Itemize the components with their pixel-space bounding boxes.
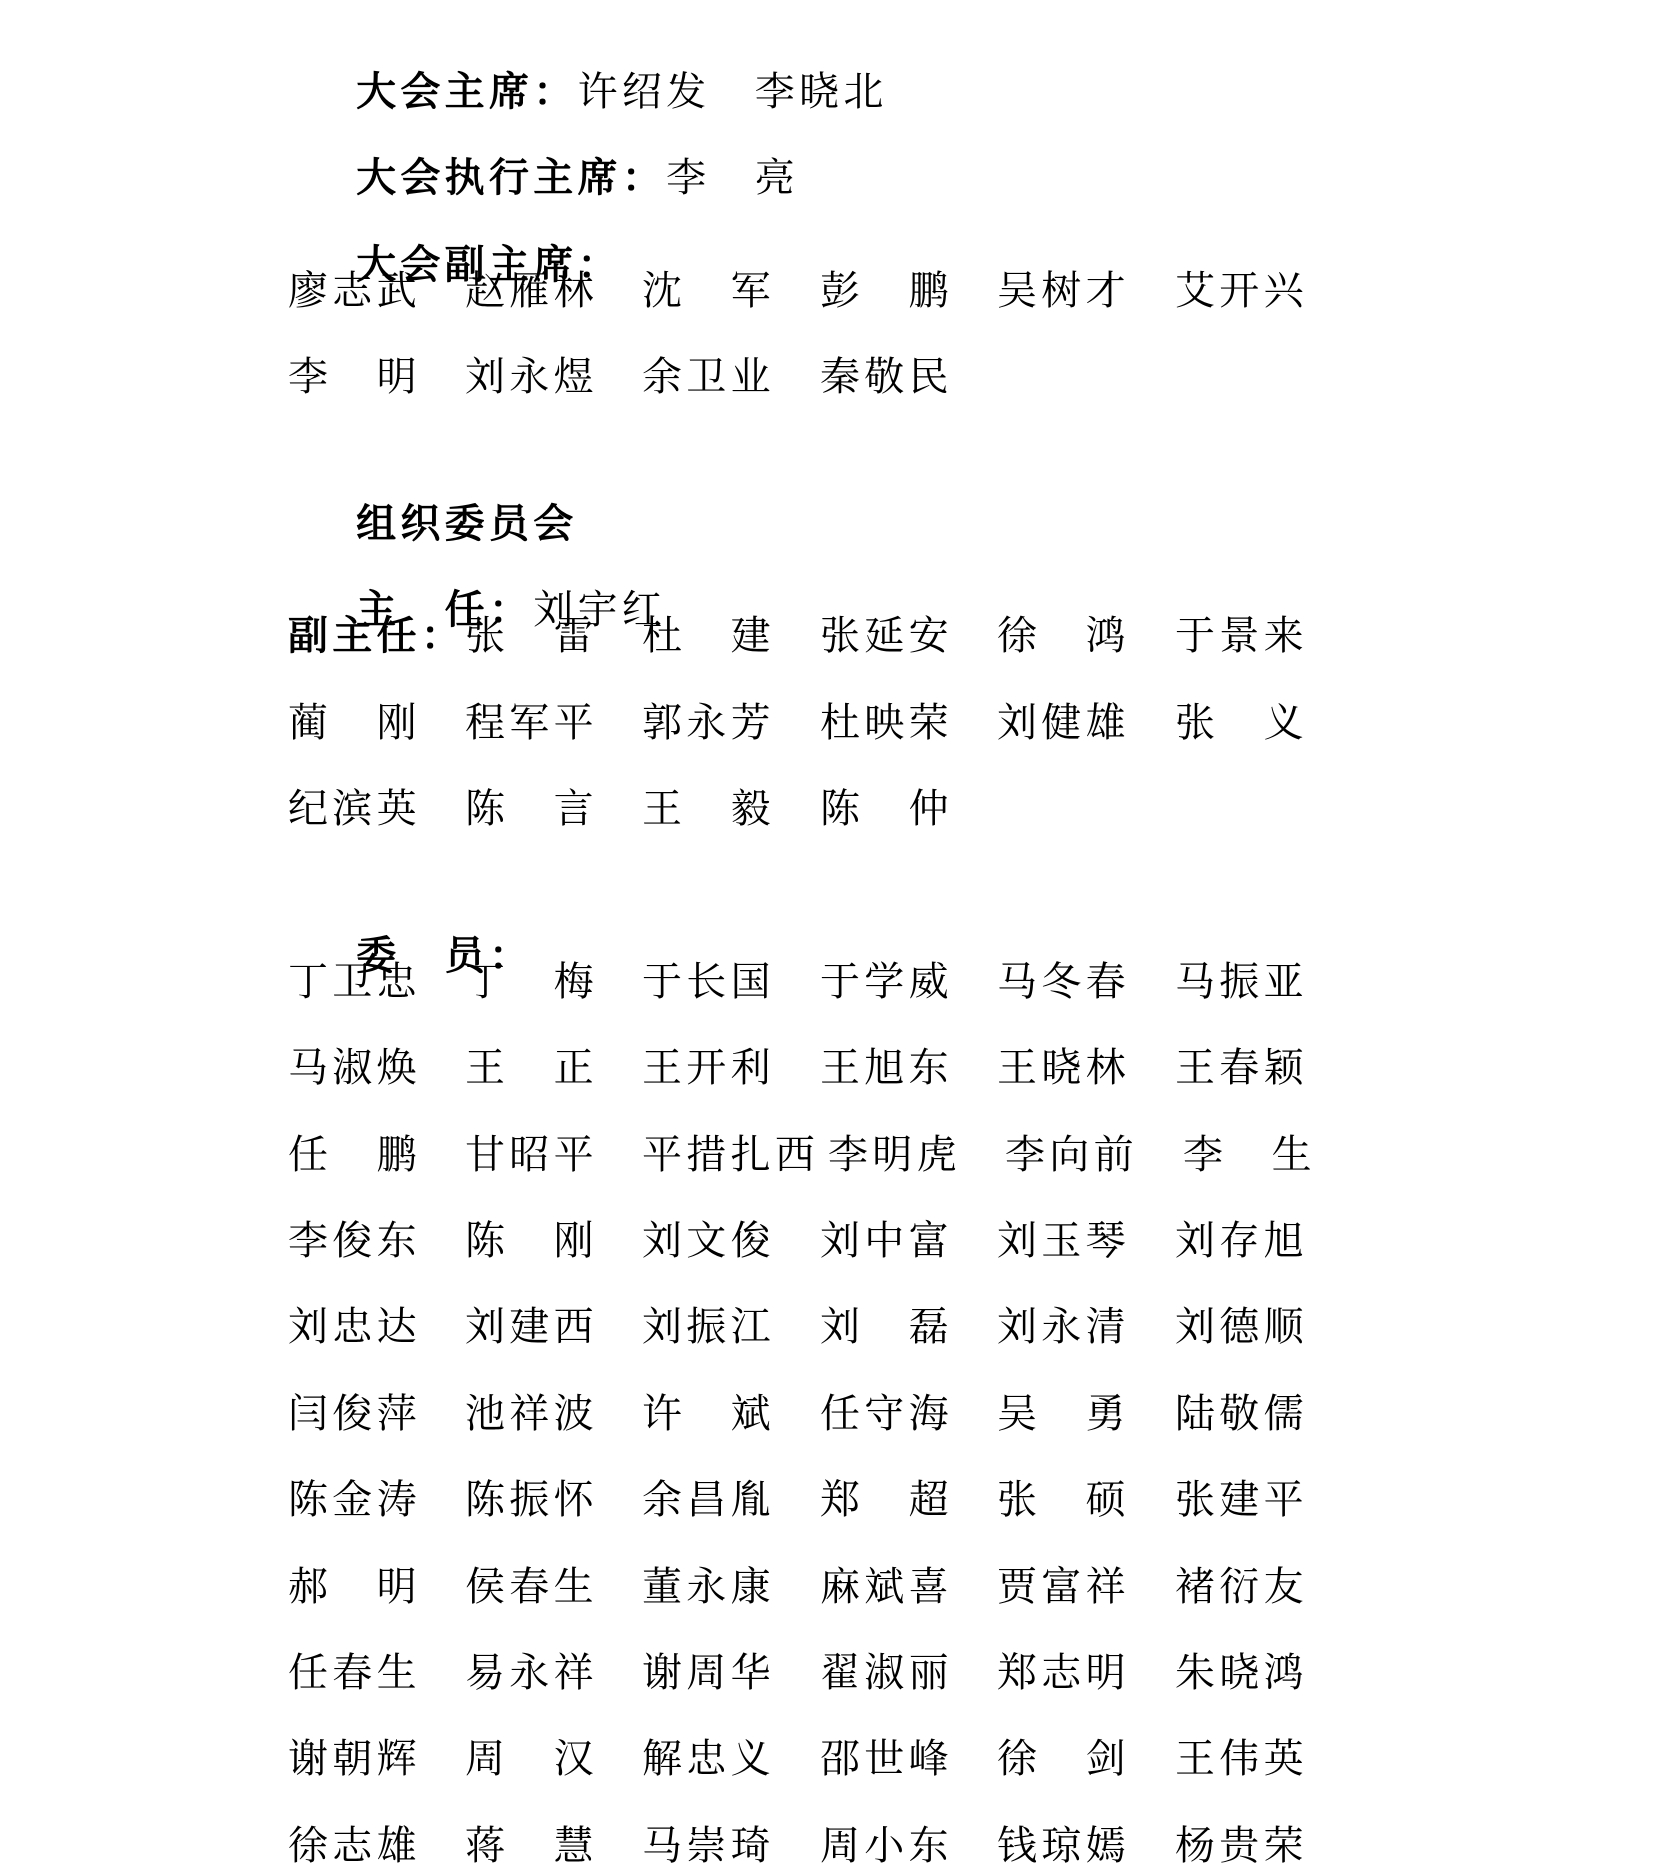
members-row: 陈金涛 陈振怀 余昌胤 郑 超 张 硕 张建平	[288, 1470, 356, 1530]
conference-chair-line: 大会主席：许绍发 李晓北	[288, 2, 888, 62]
name-entry: 王春颖	[1175, 1038, 1308, 1098]
name-entry: 侯春生	[465, 1557, 598, 1617]
name-entry: 解忠义	[642, 1729, 775, 1789]
name-entry: 许 斌	[642, 1384, 775, 1444]
name-entry: 刘中富	[820, 1211, 953, 1271]
name-entry: 任守海	[820, 1384, 953, 1444]
name-entry: 李 明	[288, 347, 421, 407]
name-entry: 刘玉琴	[997, 1211, 1130, 1271]
name-entry: 任春生	[288, 1643, 421, 1703]
members-row: 任 鹏 甘昭平 平措扎西 李明虎 李向前 李 生	[288, 1125, 356, 1185]
name-entry: 程军平	[465, 693, 598, 753]
name-entry: 麻斌喜	[820, 1557, 953, 1617]
name-entry: 马冬春	[997, 952, 1130, 1012]
name-entry: 徐 剑	[997, 1729, 1130, 1789]
name-entry: 平措扎西	[642, 1125, 819, 1185]
name-entry: 张 硕	[997, 1470, 1130, 1530]
name-entry: 纪滨英	[288, 779, 421, 839]
name-entry: 谢周华	[642, 1643, 775, 1703]
name-entry: 王 毅	[642, 779, 775, 839]
name-entry: 张建平	[1175, 1470, 1308, 1530]
name-entry: 任 鹏	[288, 1125, 421, 1185]
name-entry: 邵世峰	[820, 1729, 953, 1789]
name-entry: 余昌胤	[642, 1470, 775, 1530]
name-entry: 郑 超	[820, 1470, 953, 1530]
name-entry: 于学威	[820, 952, 953, 1012]
vice-chairs-heading: 大会副主席：	[288, 175, 622, 235]
name-entry: 刘振江	[642, 1297, 775, 1357]
name-entry: 郝 明	[288, 1557, 421, 1617]
name-entry: 李向前	[1005, 1125, 1138, 1185]
organizing-committee-title: 组织委员会	[288, 434, 578, 494]
name-entry: 马崇琦	[642, 1816, 775, 1876]
name-entry: 丁 梅	[465, 952, 598, 1012]
members-heading: 委 员：	[288, 866, 533, 926]
name-entry: 张 雷	[465, 606, 598, 666]
name-entry: 贾富祥	[997, 1557, 1130, 1617]
name-entry: 朱晓鸿	[1175, 1643, 1308, 1703]
name-entry: 杜 建	[642, 606, 775, 666]
name-entry: 蔺 刚	[288, 693, 421, 753]
name-entry: 王伟英	[1175, 1729, 1308, 1789]
members-row: 闫俊萍 池祥波 许 斌 任守海 吴 勇 陆敬儒	[288, 1384, 356, 1444]
vice-chairs-row: 廖志武 赵雁林 沈 军 彭 鹏 吴树才 艾开兴	[288, 261, 356, 321]
deputy-directors-label: 副主任：	[288, 606, 465, 666]
name-entry: 翟淑丽	[820, 1643, 953, 1703]
name-entry: 艾开兴	[1175, 261, 1308, 321]
name-entry: 马振亚	[1175, 952, 1308, 1012]
deputy-directors-line: 副主任： 张 雷 杜 建 张延安 徐 鸿 于景来	[288, 606, 356, 666]
deputy-directors-row: 纪滨英 陈 言 王 毅 陈 仲	[288, 779, 356, 839]
name-entry: 陈振怀	[465, 1470, 598, 1530]
name-entry: 李明虎	[828, 1125, 961, 1185]
name-entry: 陈 仲	[820, 779, 953, 839]
name-entry: 闫俊萍	[288, 1384, 421, 1444]
vice-chairs-row: 李 明 刘永煜 余卫业 秦敬民	[288, 347, 356, 407]
name-entry: 陈 刚	[465, 1211, 598, 1271]
name-entry: 张 义	[1175, 693, 1308, 753]
members-row: 刘忠达 刘建西 刘振江 刘 磊 刘永清 刘德顺	[288, 1297, 356, 1357]
name-entry: 陆敬儒	[1175, 1384, 1308, 1444]
name-entry: 陈 言	[465, 779, 598, 839]
deputy-directors-row: 蔺 刚 程军平 郭永芳 杜映荣 刘健雄 张 义	[288, 693, 356, 753]
executive-chair-names: 李 亮	[666, 155, 799, 201]
name-entry: 王开利	[642, 1038, 775, 1098]
name-entry: 谢朝辉	[288, 1729, 421, 1789]
members-row: 徐志雄 蒋 慧 马崇琦 周小东 钱琼嫣 杨贵荣	[288, 1816, 356, 1876]
name-entry: 蒋 慧	[465, 1816, 598, 1876]
name-entry: 秦敬民	[820, 347, 953, 407]
name-entry: 吴 勇	[997, 1384, 1130, 1444]
members-row: 郝 明 侯春生 董永康 麻斌喜 贾富祥 褚衍友	[288, 1557, 356, 1617]
name-entry: 刘永煜	[465, 347, 598, 407]
name-entry: 周 汉	[465, 1729, 598, 1789]
name-entry: 刘德顺	[1175, 1297, 1308, 1357]
members-row: 马淑焕 王 正 王开利 王旭东 王晓林 王春颖	[288, 1038, 356, 1098]
members-row: 李俊东 陈 刚 刘文俊 刘中富 刘玉琴 刘存旭	[288, 1211, 356, 1271]
name-entry: 陈金涛	[288, 1470, 421, 1530]
executive-chair-line: 大会执行主席：李 亮	[288, 88, 799, 148]
members-row: 谢朝辉 周 汉 解忠义 邵世峰 徐 剑 王伟英	[288, 1729, 356, 1789]
name-entry: 刘忠达	[288, 1297, 421, 1357]
name-entry: 钱琼嫣	[997, 1816, 1130, 1876]
name-entry: 王旭东	[820, 1038, 953, 1098]
name-entry: 池祥波	[465, 1384, 598, 1444]
members-row: 任春生 易永祥 谢周华 翟淑丽 郑志明 朱晓鸿	[288, 1643, 356, 1703]
name-entry: 吴树才	[997, 261, 1130, 321]
name-entry: 褚衍友	[1175, 1557, 1308, 1617]
name-entry: 刘健雄	[997, 693, 1130, 753]
name-entry: 廖志武	[288, 261, 421, 321]
name-entry: 于长国	[642, 952, 775, 1012]
name-entry: 董永康	[642, 1557, 775, 1617]
name-entry: 王晓林	[997, 1038, 1130, 1098]
name-entry: 王 正	[465, 1038, 598, 1098]
name-entry: 周小东	[820, 1816, 953, 1876]
name-entry: 徐志雄	[288, 1816, 421, 1876]
name-entry: 张延安	[820, 606, 953, 666]
name-entry: 于景来	[1175, 606, 1308, 666]
director-line: 主 任：刘宇红	[288, 520, 666, 580]
name-entry: 刘 磊	[820, 1297, 953, 1357]
members-row: 丁卫忠 丁 梅 于长国 于学威 马冬春 马振亚	[288, 952, 356, 1012]
name-entry: 郭永芳	[642, 693, 775, 753]
name-entry: 李 生	[1183, 1125, 1316, 1185]
name-entry: 郑志明	[997, 1643, 1130, 1703]
name-entry: 刘永清	[997, 1297, 1130, 1357]
name-entry: 丁卫忠	[288, 952, 421, 1012]
name-entry: 马淑焕	[288, 1038, 421, 1098]
name-entry: 沈 军	[642, 261, 775, 321]
name-entry: 杨贵荣	[1175, 1816, 1308, 1876]
name-entry: 李俊东	[288, 1211, 421, 1271]
name-entry: 易永祥	[465, 1643, 598, 1703]
name-entry: 彭 鹏	[820, 261, 953, 321]
name-entry: 刘建西	[465, 1297, 598, 1357]
name-entry: 余卫业	[642, 347, 775, 407]
name-entry: 刘存旭	[1175, 1211, 1308, 1271]
name-entry: 赵雁林	[465, 261, 598, 321]
name-entry: 刘文俊	[642, 1211, 775, 1271]
name-entry: 徐 鸿	[997, 606, 1130, 666]
name-entry: 甘昭平	[465, 1125, 598, 1185]
name-entry: 杜映荣	[820, 693, 953, 753]
